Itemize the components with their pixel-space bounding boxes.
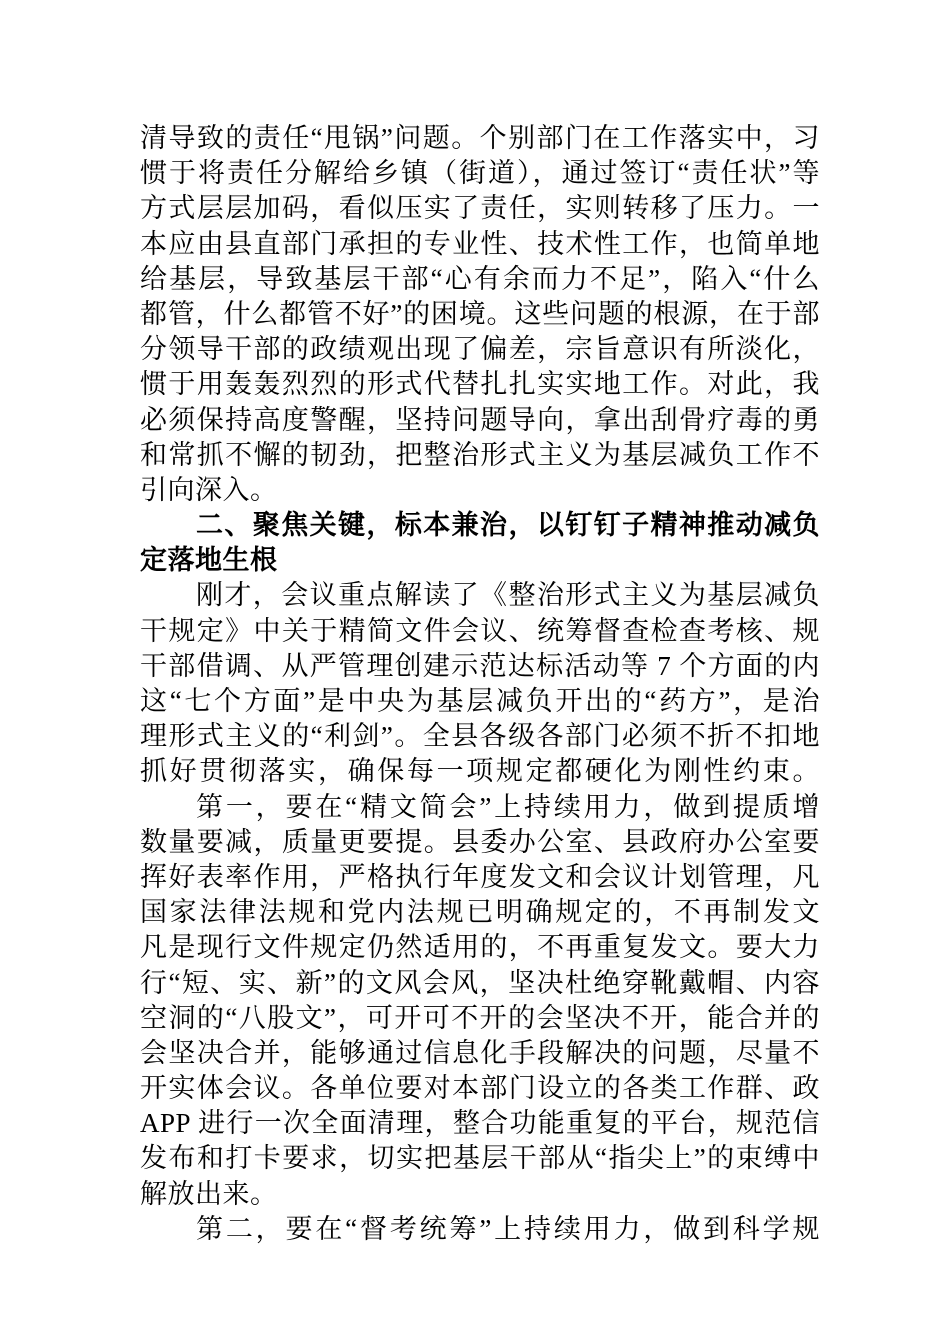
text-line: 会坚决合并，能够通过信息化手段解决的问题，尽量不召: [140, 1036, 820, 1071]
text-line: 国家法律法规和党内法规已明确规定的，不再制发文件；: [140, 895, 820, 930]
section-heading-line: 二、聚焦关键，标本兼治，以钉钉子精神推动减负规: [140, 508, 820, 543]
text-line: 理形式主义的“利剑”。全县各级各部门必须不折不扣地: [140, 719, 820, 754]
paragraph: 第二，要在“督考统筹”上持续用力，做到科学规范。: [140, 1212, 820, 1247]
text-line: 惯于用轰轰烈烈的形式代替扎扎实实地工作。对此，我们: [140, 367, 820, 402]
text-line: 刚才，会议重点解读了《整治形式主义为基层减负若: [140, 578, 820, 613]
text-line: 开实体会议。各单位要对本部门设立的各类工作群、政务: [140, 1071, 820, 1106]
text-line: 都管，什么都管不好”的困境。这些问题的根源，在于部: [140, 297, 820, 332]
text-line: 发布和打卡要求，切实把基层干部从“指尖上”的束缚中: [140, 1141, 820, 1176]
text-line: 挥好表率作用，严格执行年度发文和会议计划管理，凡是: [140, 860, 820, 895]
text-line: 引向深入。: [140, 473, 820, 508]
text-line: 抓好贯彻落实，确保每一项规定都硬化为刚性约束。: [140, 754, 820, 789]
text-line: 惯于将责任分解给乡镇（街道），通过签订“责任状”等: [140, 156, 820, 191]
document-body: 清导致的责任“甩锅”问题。个别部门在工作落实中，习 惯于将责任分解给乡镇（街道）…: [140, 121, 820, 1247]
text-line: 干规定》中关于精简文件会议、统筹督查检查考核、规范: [140, 614, 820, 649]
text-line: 第二，要在“督考统筹”上持续用力，做到科学规范。: [140, 1212, 820, 1247]
text-line: 分领导干部的政绩观出现了偏差，宗旨意识有所淡化，习: [140, 332, 820, 367]
paragraph: 第一，要在“精文简会”上持续用力，做到提质增效。 数量要减，质量更要提。县委办公…: [140, 790, 820, 1212]
section-heading-line: 定落地生根: [140, 543, 820, 578]
text-line: 本应由县直部门承担的专业性、技术性工作，也简单地推: [140, 227, 820, 262]
text-line: 清导致的责任“甩锅”问题。个别部门在工作落实中，习: [140, 121, 820, 156]
section-heading: 二、聚焦关键，标本兼治，以钉钉子精神推动减负规 定落地生根: [140, 508, 820, 578]
text-line: 和常抓不懈的韧劲，把整治形式主义为基层减负工作不断: [140, 438, 820, 473]
text-line: 第一，要在“精文简会”上持续用力，做到提质增效。: [140, 790, 820, 825]
text-line: 干部借调、从严管理创建示范达标活动等 7 个方面的内容。: [140, 649, 820, 684]
text-line: 这“七个方面”是中央为基层减负开出的“药方”，是治: [140, 684, 820, 719]
text-line: 空洞的“八股文”，可开可不开的会坚决不开，能合并的: [140, 1001, 820, 1036]
text-line: 凡是现行文件规定仍然适用的，不再重复发文。要大力推: [140, 930, 820, 965]
text-line: 给基层，导致基层干部“心有余而力不足”，陷入“什么: [140, 262, 820, 297]
document-page: 清导致的责任“甩锅”问题。个别部门在工作落实中，习 惯于将责任分解给乡镇（街道）…: [0, 0, 950, 1344]
text-line: 解放出来。: [140, 1177, 820, 1212]
text-line: APP 进行一次全面清理，整合功能重复的平台，规范信息: [140, 1106, 820, 1141]
text-line: 方式层层加码，看似压实了责任，实则转移了压力。一些: [140, 191, 820, 226]
text-line: 数量要减，质量更要提。县委办公室、县政府办公室要发: [140, 825, 820, 860]
text-line: 行“短、实、新”的文风会风，坚决杜绝穿靴戴帽、内容: [140, 966, 820, 1001]
text-line: 必须保持高度警醒，坚持问题导向，拿出刮骨疗毒的勇气: [140, 403, 820, 438]
paragraph: 清导致的责任“甩锅”问题。个别部门在工作落实中，习 惯于将责任分解给乡镇（街道）…: [140, 121, 820, 508]
paragraph: 刚才，会议重点解读了《整治形式主义为基层减负若 干规定》中关于精简文件会议、统筹…: [140, 578, 820, 789]
